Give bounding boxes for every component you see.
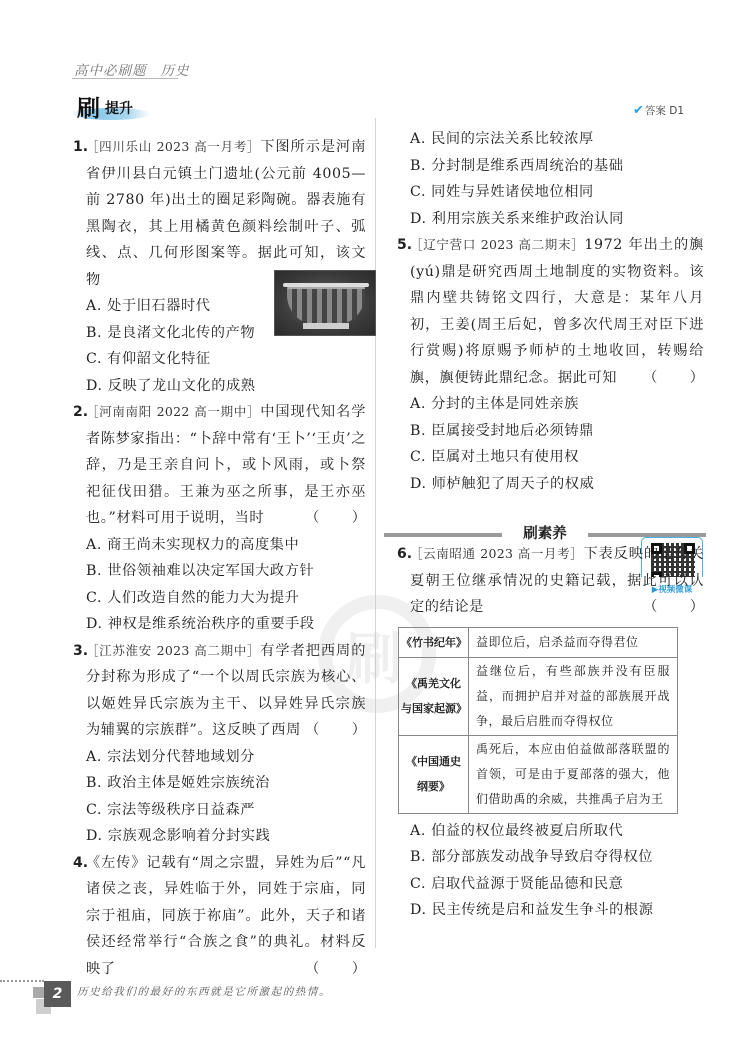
question-stem: 《左传》记载有“周之宗盟，异姓为后”“凡诸侯之丧，异姓临于外，同姓于宗庙，同宗于… — [74, 850, 366, 983]
left-column: 1. ［四川乐山 2023 高一月考］下图所示是河南省伊川县白元镇土门遗址(公元… — [74, 134, 366, 982]
option-d[interactable]: D. 反映了龙山文化的成熟 — [74, 373, 366, 400]
answer-reference: ✔ 答案 D1 — [633, 103, 684, 118]
section-badge-big: 刷 — [77, 90, 100, 123]
option-c[interactable]: C. 人们改造自然的能力大为提升 — [74, 585, 366, 612]
question-source: ［云南昭通 2023 高一月考］ — [410, 546, 583, 561]
question-source: ［河南南阳 2022 高一期中］ — [86, 404, 260, 419]
book-title-cell: 《竹书纪年》 — [399, 627, 469, 657]
question-number: 1. — [73, 134, 88, 161]
bowl-rim — [283, 283, 369, 287]
option-d[interactable]: D. 神权是维系统治秩序的重要手段 — [74, 611, 366, 638]
option-a[interactable]: A. 商王尚未实现权力的高度集中 — [74, 532, 366, 559]
option-c[interactable]: C. 臣属对土地只有使用权 — [398, 444, 704, 471]
q4-option-b[interactable]: B. 分封制是维系西周统治的基础 — [398, 153, 704, 180]
question-5: 5. ［辽宁营口 2023 高二期末］1972 年出土的旟(yú)鼎是研究西周土… — [398, 232, 704, 497]
answer-bracket[interactable]: （ ） — [305, 956, 380, 983]
record-text-cell: 禹死后，本应由伯益做部落联盟的首领，可是由于夏部落的强大，他们借助禹的余威，共推… — [469, 735, 678, 813]
book-title-cell: 《中国通史纲要》 — [399, 735, 469, 813]
record-text-cell: 益即位后，启杀益而夺得君位 — [469, 627, 678, 657]
option-d[interactable]: D. 民主传统是启和益发生争斗的根源 — [398, 897, 704, 924]
option-b[interactable]: B. 臣属接受封地后必须铸鼎 — [398, 418, 704, 445]
option-b[interactable]: B. 世俗领袖难以决定军国大政方针 — [74, 558, 366, 585]
question-2: 2. ［河南南阳 2022 高一期中］中国现代知名学者陈梦家指出：“卜辞中常有‘… — [74, 399, 366, 638]
option-b[interactable]: B. 政治主体是姬姓宗族统治 — [74, 770, 366, 797]
question-stem: ［云南昭通 2023 高一月考］下表反映的是有关夏朝王位继承情况的史籍记载，据此… — [398, 541, 704, 621]
question-text: 下图所示是河南省伊川县白元镇土门遗址(公元前 4005—前 2780 年)出土的… — [86, 139, 366, 288]
bowl-foot — [303, 323, 349, 329]
question-1: 1. ［四川乐山 2023 高一月考］下图所示是河南省伊川县白元镇土门遗址(公元… — [74, 134, 366, 399]
section-badge-tisheng: 刷 提升 — [72, 90, 152, 124]
table-row: 《竹书纪年》 益即位后，启杀益而夺得君位 — [399, 627, 678, 657]
decor-square — [33, 987, 44, 998]
question-source: ［辽宁营口 2023 高二期末］ — [410, 237, 584, 252]
question-stem: ［辽宁营口 2023 高二期末］1972 年出土的旟(yú)鼎是研究西周土地制度… — [398, 232, 704, 391]
answer-label: 答案 D1 — [645, 103, 684, 118]
answer-bracket[interactable]: （ ） — [305, 505, 380, 532]
option-d[interactable]: D. 宗族观念影响着分封实践 — [74, 823, 366, 850]
bowl-body — [287, 285, 365, 325]
option-c[interactable]: C. 宗法等级秩序日益森严 — [74, 797, 366, 824]
record-text-cell: 益继位后，有些部族并没有臣服益，而拥护启并对益的部族展开战争，最后启胜而夺得权位 — [469, 657, 678, 735]
question-number: 5. — [397, 232, 412, 259]
question-4: 4. 《左传》记载有“周之宗盟，异姓为后”“凡诸侯之丧，异姓临于外，同姓于宗庙，… — [74, 850, 366, 983]
question-number: 2. — [73, 399, 88, 426]
question-text: 1972 年出土的旟(yú)鼎是研究西周土地制度的实物资料。该鼎内壁共铸铭文四行… — [410, 237, 704, 386]
question-stem: ［河南南阳 2022 高一期中］中国现代知名学者陈梦家指出：“卜辞中常有‘王卜’… — [74, 399, 366, 532]
option-d[interactable]: D. 师栌触犯了周天子的权威 — [398, 471, 704, 498]
header-rule — [72, 78, 178, 79]
option-c[interactable]: C. 有仰韶文化特征 — [74, 346, 366, 373]
section-header-suyang: 刷素养 — [384, 522, 706, 546]
historical-records-table: 《竹书纪年》 益即位后，启杀益而夺得君位 《禹羌文化与国家起源》 益继位后，有些… — [398, 627, 678, 814]
question-stem: ［江苏淮安 2023 高二期中］有学者把西周的分封称为形成了“一个以周氏宗族为核… — [74, 638, 366, 744]
book-title-cell: 《禹羌文化与国家起源》 — [399, 657, 469, 735]
section-label: 刷素养 — [384, 522, 706, 543]
subject-title: 历史 — [161, 63, 190, 79]
question-6: 6. ［云南昭通 2023 高一月考］下表反映的是有关夏朝王位继承情况的史籍记载… — [398, 541, 704, 924]
option-b[interactable]: B. 部分部族发动战争导致启夺得权位 — [398, 844, 704, 871]
answer-bracket[interactable]: （ ） — [643, 594, 718, 621]
question-number: 4. — [73, 850, 88, 877]
option-c[interactable]: C. 启取代益源于贤能品德和民意 — [398, 871, 704, 898]
option-a[interactable]: A. 分封的主体是同姓亲族 — [398, 391, 704, 418]
column-divider — [375, 118, 376, 948]
answer-bracket[interactable]: （ ） — [305, 717, 380, 744]
section-badge-small: 提升 — [105, 98, 133, 118]
footer-quote: 历史给我们的最好的东西就是它所激起的热情。 — [77, 984, 331, 999]
option-a[interactable]: A. 伯益的权位最终被夏启所取代 — [398, 818, 704, 845]
q4-option-c[interactable]: C. 同姓与异姓诸侯地位相同 — [398, 179, 704, 206]
answer-bracket[interactable]: （ ） — [643, 365, 718, 392]
footer-dotted-line — [0, 980, 44, 982]
q4-option-d[interactable]: D. 利用宗族关系来维护政治认同 — [398, 206, 704, 233]
book-title: 高中必刷题 — [74, 63, 147, 79]
question-source: ［四川乐山 2023 高一月考］ — [86, 139, 260, 154]
checkmark-icon: ✔ — [633, 103, 644, 118]
table-row: 《禹羌文化与国家起源》 益继位后，有些部族并没有臣服益，而拥护启并对益的部族展开… — [399, 657, 678, 735]
question-number: 3. — [73, 638, 88, 665]
table-row: 《中国通史纲要》 禹死后，本应由伯益做部落联盟的首领，可是由于夏部落的强大，他们… — [399, 735, 678, 813]
running-header: 高中必刷题历史 — [74, 59, 204, 79]
question-source: ［江苏淮安 2023 高二期中］ — [86, 643, 260, 658]
q4-option-a[interactable]: A. 民间的宗法关系比较浓厚 — [398, 126, 704, 153]
question-3: 3. ［江苏淮安 2023 高二期中］有学者把西周的分封称为形成了“一个以周氏宗… — [74, 638, 366, 850]
option-a[interactable]: A. 宗法划分代替地域划分 — [74, 744, 366, 771]
page-number: 2 — [44, 981, 71, 1007]
pottery-bowl-image — [274, 270, 376, 336]
